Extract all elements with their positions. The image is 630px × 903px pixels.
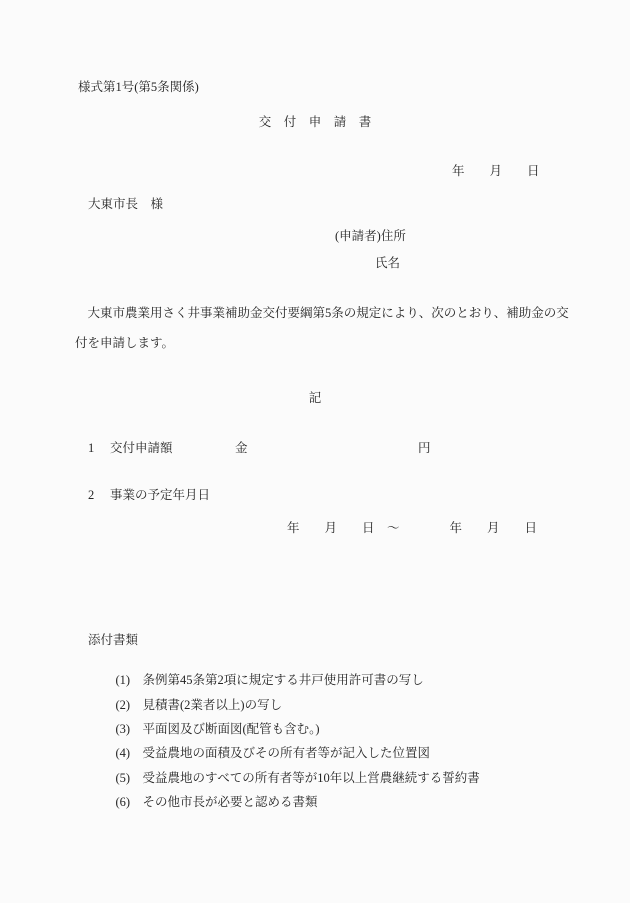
applicant-name-label: 氏名 xyxy=(375,256,400,272)
application-date-line: 年 月 日 xyxy=(452,164,540,180)
body-paragraph-line-1: 大東市農業用さく井事業補助金交付要綱第5条の規定により、次のとおり、補助金の交 xyxy=(75,306,569,322)
attachment-item-6-marker: (6) xyxy=(116,795,143,811)
item1-amount-suffix: 円 xyxy=(418,441,431,457)
form-number: 様式第1号(第5条関係) xyxy=(78,80,199,96)
attachment-item-6-text: その他市長が必要と認める書類 xyxy=(143,795,318,809)
section-marker: 記 xyxy=(0,391,630,407)
item1-number: 1 xyxy=(88,441,94,457)
item2-number: 2 xyxy=(88,488,94,504)
attachments-header: 添付書類 xyxy=(88,633,138,649)
document-title: 交 付 申 請 書 xyxy=(0,115,630,131)
applicant-address-label: (申請者)住所 xyxy=(335,229,406,245)
body-paragraph-line-2: 付を申請します。 xyxy=(75,336,174,352)
item1-label: 交付申請額 xyxy=(110,441,173,457)
application-form-page: 様式第1号(第5条関係) 交 付 申 請 書 年 月 日 大東市長 様 (申請者… xyxy=(0,0,630,903)
addressee-line: 大東市長 様 xyxy=(88,197,163,213)
item2-label: 事業の予定年月日 xyxy=(110,488,210,504)
item1-amount-prefix: 金 xyxy=(235,441,248,457)
item2-date-range: 年 月 日 ～ 年 月 日 xyxy=(287,521,537,537)
attachment-item-6: (6)その他市長が必要と認める書類 xyxy=(103,779,318,826)
